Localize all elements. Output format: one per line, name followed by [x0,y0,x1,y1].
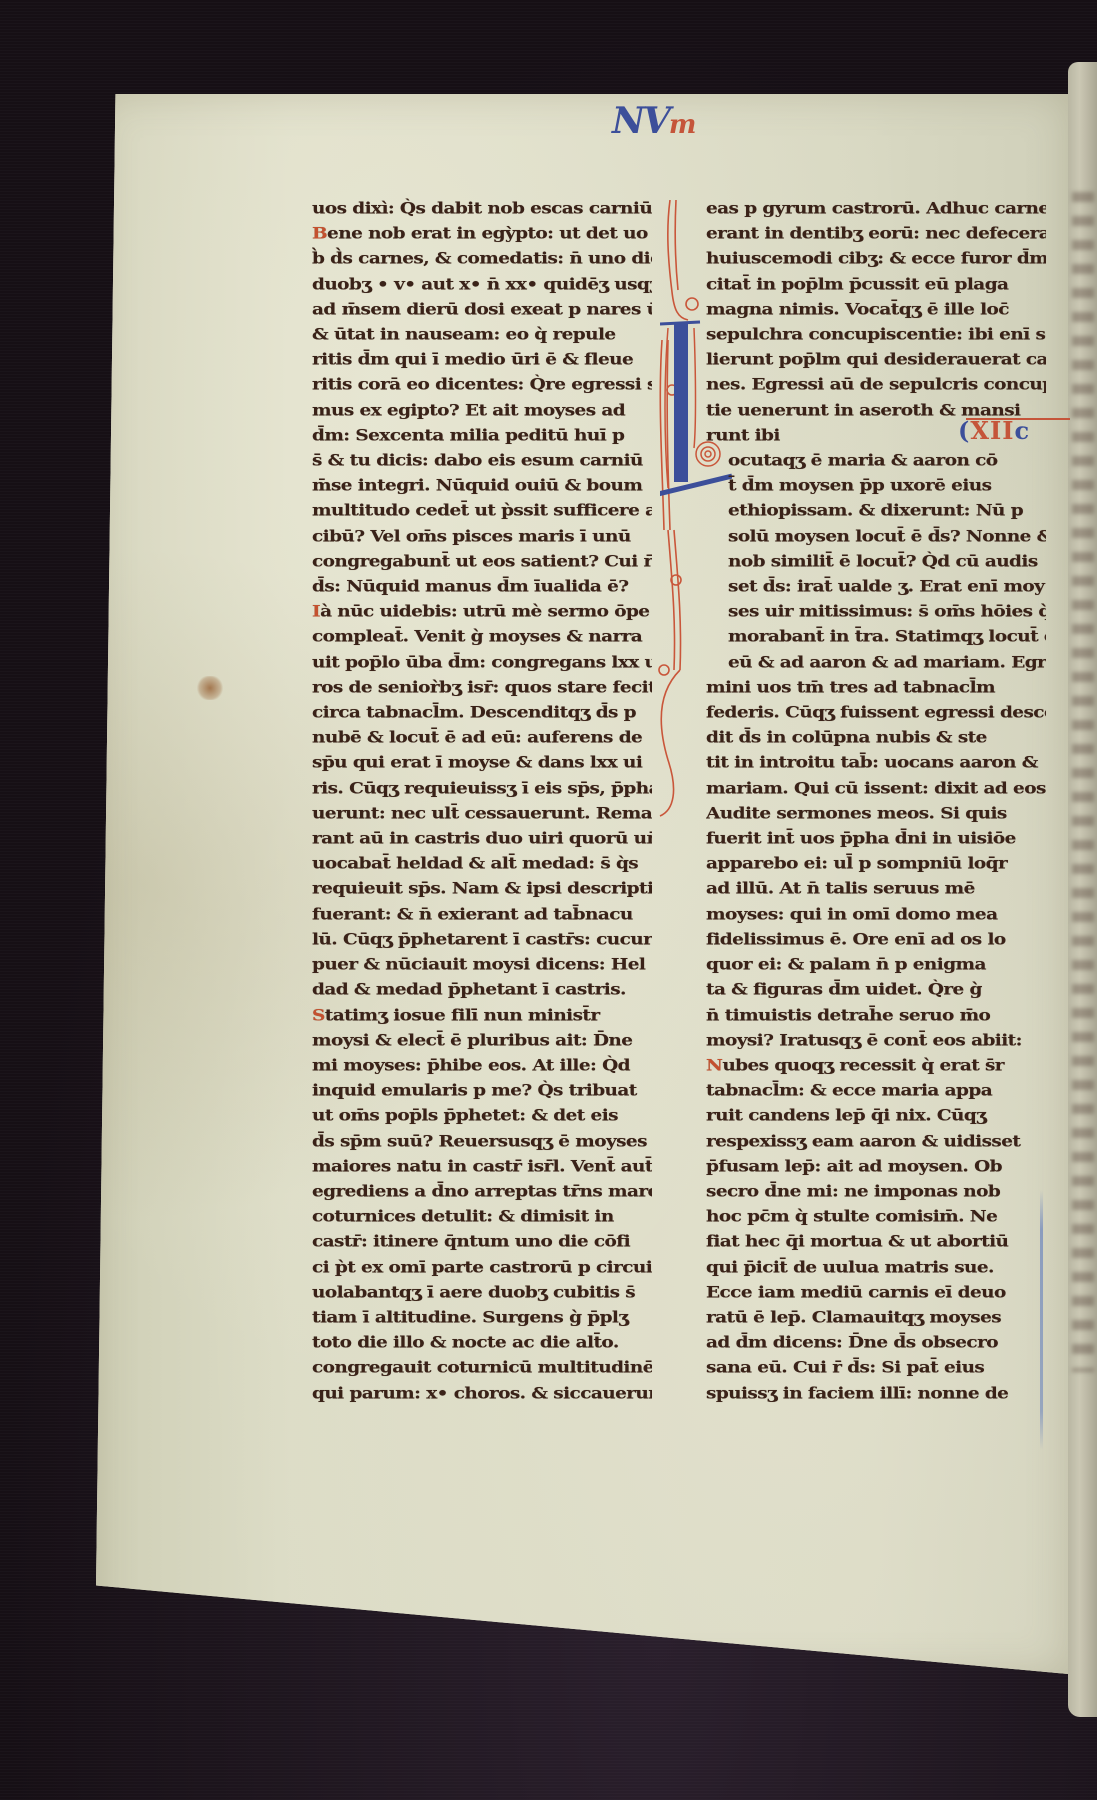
manuscript-line: eū & ad aaron & ad mariam. Egredi [706,651,1046,673]
manuscript-line: ritis corā eo dicentes: Q̀re egressi su [312,374,652,396]
manuscript-line: nes. Egressi aū de sepulcris concupisce… [706,374,1046,396]
manuscript-line: nob similit̄ ē locut̄? Q̀d cū audis [706,550,1046,572]
manuscript-line: ad m̄sem dierū dosi exeat p nares ū [312,298,652,320]
manuscript-line: d̄s sp̄m suū? Reuersusqʒ ē moyses & d̄… [312,1130,652,1152]
manuscript-line: ad d̄m dicens: D̄ne d̄s obsecro [706,1332,1046,1354]
manuscript-line: mus ex egipto? Et ait moyses ad [312,399,652,421]
manuscript-line: puer & nūciauit moysi dicens: Hel [312,954,652,976]
manuscript-line: cibū? Vel om̄s pisces maris ī unū [312,525,652,547]
next-leaf-edge [1068,62,1097,1717]
manuscript-line: qui p̄icit̄ de uulua matris sue. [706,1256,1046,1278]
manuscript-line: quor ei: & palam n̄ p enigma [706,954,1046,976]
manuscript-line: hoc pc̄m q̀ stulte comisim̄. Ne [706,1206,1046,1228]
manuscript-line: castr̄: itinere q̄ntum uno die cōfi [312,1231,652,1253]
bleed-through-text [1072,192,1094,1372]
rubricated-letter: S [312,1006,325,1024]
manuscript-line: fuerit int̄ uos p̄pha d̄ni in uisiōe [706,828,1046,850]
manuscript-line: uit pop̄lo ūba d̄m: congregans lxx ui [312,651,652,673]
manuscript-line: tabnacl̄m: & ecce maria appa [706,1080,1046,1102]
manuscript-line: uos dixì: Q̀s dabit nob escas carniū? [312,198,652,220]
manuscript-line: ta & figuras d̄m uidet. Q̀re g̀ [706,979,1046,1001]
manuscript-line: fidelissimus ē. Ore enī ad os lo [706,928,1046,950]
manuscript-line: requieuit sp̄s. Nam & ipsi descripti [312,878,652,900]
manuscript-line: Ecce iam mediū carnis eī deuo [706,1281,1046,1303]
manuscript-line: lierunt pop̄lm qui desiderauerat car [706,349,1046,371]
manuscript-line: & ūtat in nauseam: eo q̀ repule [312,324,652,346]
manuscript-line: ut om̄s pop̄ls p̄phetet: & det eis [312,1105,652,1127]
initial-flourish-ornament [648,200,708,820]
manuscript-line: moysi & elect̄ ē pluribus ait: D̄ne [312,1029,652,1051]
manuscript-line: multitudo cedet̄ ut p̀ssit sufficere ad [312,500,652,522]
manuscript-line: nubē & locut̄ ē ad eū: auferens de [312,727,652,749]
manuscript-line: dit d̄s in colūpna nubis & ste [706,727,1046,749]
manuscript-line: mini uos tm̄ tres ad tabnacl̄m [706,676,1046,698]
manuscript-line: uocabat̄ heldad & alt̄ medad: s̄ q̀s [312,853,652,875]
manuscript-line: solū moysen locut̄ ē d̄s? Nonne & [706,525,1046,547]
manuscript-line: secro d̄ne mi: ne imponas nob [706,1180,1046,1202]
manuscript-line: apparebo ei: ul̄ p sompniū loq̄r [706,853,1046,875]
manuscript-line: ci p̀t ex omī parte castrorū p circuit… [312,1256,652,1278]
manuscript-line: s̄ & tu dicis: dabo eis esum carniū [312,450,652,472]
manuscript-line: erant in dentibʒ eorū: nec defecerat [706,223,1046,245]
manuscript-line: b̀ d̀s carnes, & comedatis: n̄ uno die n… [312,248,652,270]
manuscript-line: uolabantqʒ ī aere duobʒ cubitis s̄ [312,1281,652,1303]
manuscript-line: duobʒ • v• aut x• n̄ xx• quidēʒ usqʒ [312,273,652,295]
running-header-red: m [669,110,695,140]
manuscript-line: p̄fusam lep̄: ait ad moysen. Ob [706,1155,1046,1177]
text-column-right: eas p gyrum castrorū. Adhuc carneserant… [706,196,1046,1406]
manuscript-line: ad illū. At n̄ talis seruus mē [706,878,1046,900]
manuscript-line: magna nimis. Vocat̄qʒ ē ille loc̄ [706,298,1046,320]
manuscript-line: respexissʒ eam aaron & uidisset [706,1130,1046,1152]
margin-ruling [1040,1190,1043,1450]
manuscript-line: lū. Cūqʒ p̄phetarent ī castr̄s: cucur… [312,928,652,950]
manuscript-line: mariam. Qui cū issent: dixit ad eos [706,777,1046,799]
manuscript-line: compleat̄. Venit g̀ moyses & narra [312,626,652,648]
manuscript-line: spuissʒ in faciem illī: nonne de [706,1382,1046,1404]
manuscript-line: huiuscemodi cibʒ: & ecce furor d̄m cō [706,248,1046,270]
manuscript-line: coturnices detulit: & dimisit in [312,1206,652,1228]
manuscript-line: ratū ē lep̄. Clamauitqʒ moyses [706,1306,1046,1328]
manuscript-line: Ià nūc uidebis: utrū mè sermo ōpe [312,601,652,623]
text-column-left: uos dixì: Q̀s dabit nob escas carniū?B… [312,196,652,1406]
manuscript-line: t̄ d̄m moysen p̄p uxorē eius [706,475,1046,497]
manuscript-line: fiat hec q̄i mortua & ut abortiū [706,1231,1046,1253]
manuscript-line: federis. Cūqʒ fuissent egressi descen [706,702,1046,724]
manuscript-line: eas p gyrum castrorū. Adhuc carnes [706,198,1046,220]
manuscript-line: tit in introitu tab̄: uocans aaron & [706,752,1046,774]
manuscript-line: moyses: qui in omī domo mea [706,903,1046,925]
rubricated-letter: N [706,1056,722,1074]
running-header-blue: NV [612,100,669,142]
manuscript-line: ethiopissam. & dixerunt: Nū p [706,500,1046,522]
manuscript-line: ris. Cūqʒ requieuissʒ ī eis sp̄s, p̄ph… [312,777,652,799]
manuscript-line: Audite sermones meos. Si quis [706,802,1046,824]
manuscript-line: moysi? Iratusqʒ ē cont̄ eos abiit: [706,1029,1046,1051]
manuscript-line: sana eū. Cui r̄ d̄s: Si pat̄ eius [706,1357,1046,1379]
manuscript-line: ros de senior̀bʒ isr̄: quos stare fecit [312,676,652,698]
manuscript-line: tie uenerunt in aseroth & mansi [706,399,1046,421]
running-header: NVm [612,100,694,144]
manuscript-line: inquid emularis p me? Q̀s tribuat [312,1080,652,1102]
manuscript-line: Nubes quoqʒ recessit q̀ erat s̄r [706,1054,1046,1076]
parchment-stain [197,676,223,700]
manuscript-line: qui parum: x• choros. & siccauerunt [312,1382,652,1404]
manuscript-line: d̄s: Nūquid manus d̄m īualida ē? [312,576,652,598]
manuscript-line: m̄se integri. Nūquid ouiū & boum [312,475,652,497]
manuscript-line: n̄ timuistis detrah̄e seruo m̄o [706,1004,1046,1026]
manuscript-line: maiores natu in castr̄ isr̄l. Vent̄ aut̄ [312,1155,652,1177]
manuscript-line: uerunt: nec ult̄ cessauerunt. Remanse [312,802,652,824]
manuscript-line: ritis d̄m qui ī medio ūri ē & fleue [312,349,652,371]
manuscript-line: runt ibi [706,424,1046,446]
manuscript-line: Bene nob erat in egỳpto: ut det uo [312,223,652,245]
manuscript-line: mi moyses: p̄hibe eos. At ille: Q̀d [312,1054,652,1076]
manuscript-line: rant aū in castris duo uiri quorū un̄ [312,828,652,850]
manuscript-line: circa tabnacl̄m. Descenditqʒ d̄s p [312,702,652,724]
manuscript-line: ocutaqʒ ē maria & aaron cō [706,450,1046,472]
manuscript-line: d̄m: Sexcenta milia peditū huī p [312,424,652,446]
manuscript-line: morabant̄ in t̄ra. Statimqʒ locut̄ ē ad [706,626,1046,648]
rubricated-letter: B [312,224,327,242]
manuscript-line: toto die illo & nocte ac die alt̄o. [312,1332,652,1354]
manuscript-line: tiam ī altitudine. Surgens g̀ p̄plʒ [312,1306,652,1328]
manuscript-line: ses uir mitissimus: s̄ om̄s hōies q̀ [706,601,1046,623]
manuscript-line: sp̄u qui erat ī moyse & dans lxx ui [312,752,652,774]
manuscript-line: sepulchra concupiscentie: ibi enī sepe [706,324,1046,346]
manuscript-line: citat̄ in pop̄lm p̄cussit eū plaga [706,273,1046,295]
rubricated-letter: I [312,603,320,621]
manuscript-line: congregauit coturnicū multitudinē: [312,1357,652,1379]
manuscript-line: ruit candens lep̄ q̄i nix. Cūqʒ [706,1105,1046,1127]
manuscript-line: dad & medad p̄phetant ī castris. [312,979,652,1001]
manuscript-line: set d̄s: irat̄ ualde ʒ. Erat enī moy [706,576,1046,598]
manuscript-line: Statimʒ iosue filī nun minist̄r [312,1004,652,1026]
manuscript-line: egrediens a d̄no arreptas tr̄ns mare [312,1180,652,1202]
manuscript-line: fuerant: & n̄ exierant ad tab̄nacu [312,903,652,925]
manuscript-line: congregabunt̄ ut eos satient? Cui r̄. [312,550,652,572]
